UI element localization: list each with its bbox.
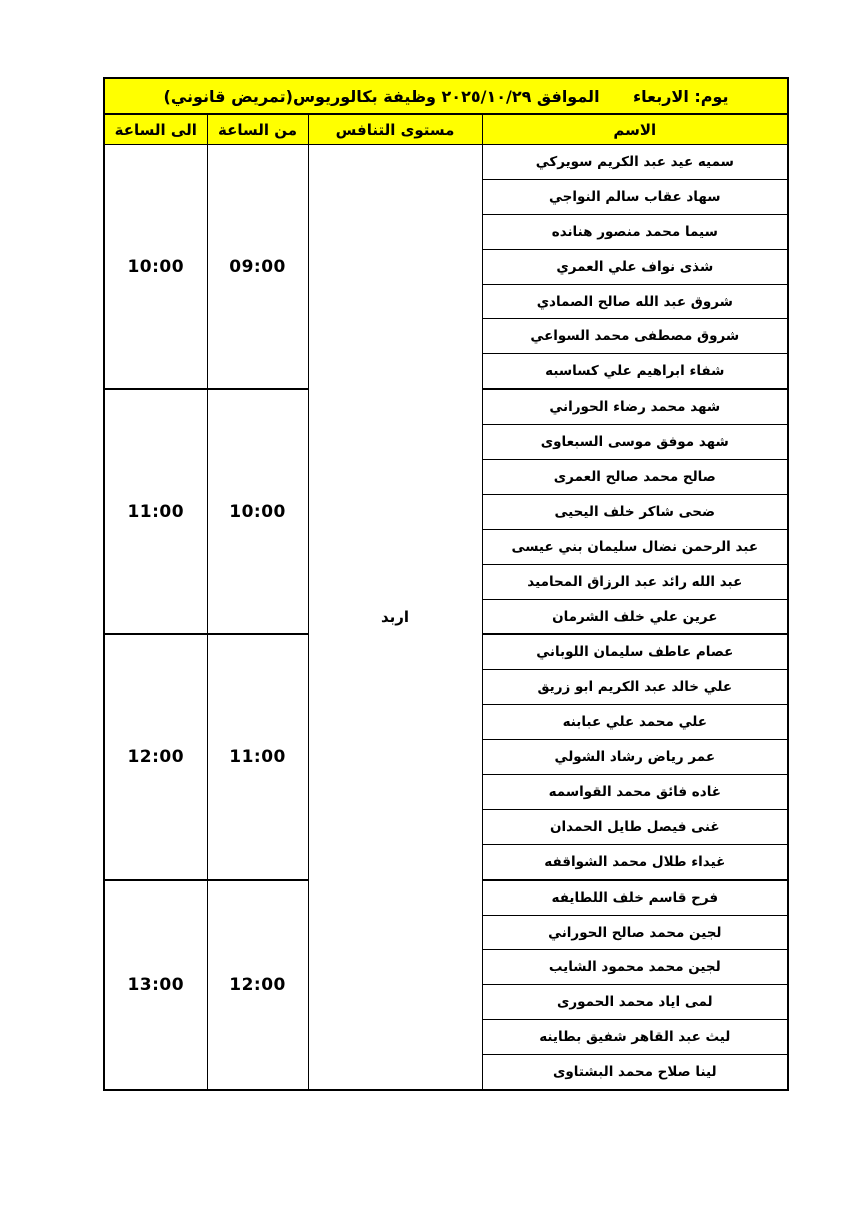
name-cell: علي خالد عبد الكريم ابو زريق bbox=[482, 670, 788, 705]
name-cell: غيداء طلال محمد الشواقفه bbox=[482, 844, 788, 879]
name-cell: علي محمد علي عبابنه bbox=[482, 705, 788, 740]
name-cell: سيما محمد منصور هنانده bbox=[482, 214, 788, 249]
table-row: سميه عيد عبد الكريم سويركي اربد 09:00 10… bbox=[104, 145, 788, 180]
name-cell: لجين محمد صالح الحوراني bbox=[482, 915, 788, 950]
competition-level-cell: اربد bbox=[308, 145, 482, 1091]
name-cell: سهاد عقاب سالم النواجي bbox=[482, 179, 788, 214]
name-cell: شفاء ابراهيم علي كساسبه bbox=[482, 354, 788, 389]
from-hour-cell: 12:00 bbox=[207, 880, 308, 1090]
to-hour-cell: 12:00 bbox=[104, 634, 207, 879]
name-cell: لينا صلاح محمد البشتاوى bbox=[482, 1055, 788, 1090]
name-cell: عبد الرحمن نضال سليمان بني عيسى bbox=[482, 529, 788, 564]
name-cell: عبد الله رائد عبد الرزاق المحاميد bbox=[482, 564, 788, 599]
column-header-competition-level: مستوى التنافس bbox=[308, 114, 482, 145]
to-hour-cell: 10:00 bbox=[104, 145, 207, 390]
column-header-from-hour: من الساعة bbox=[207, 114, 308, 145]
name-cell: فرح قاسم خلف اللطايفه bbox=[482, 880, 788, 915]
to-hour-cell: 11:00 bbox=[104, 389, 207, 634]
schedule-table: يوم: الاربعاء الموافق ٢٠٢٥/١٠/٢٩ وظيفة ب… bbox=[103, 77, 789, 1091]
name-cell: ليث عبد القاهر شفيق بطاينه bbox=[482, 1020, 788, 1055]
name-cell: ضحى شاكر خلف اليحيى bbox=[482, 494, 788, 529]
name-cell: شهد موفق موسى السبعاوى bbox=[482, 425, 788, 460]
to-hour-cell: 13:00 bbox=[104, 880, 207, 1090]
name-cell: لجين محمد محمود الشايب bbox=[482, 950, 788, 985]
column-header-name: الاسم bbox=[482, 114, 788, 145]
name-cell: عمر رياض رشاد الشولي bbox=[482, 740, 788, 775]
name-cell: سميه عيد عبد الكريم سويركي bbox=[482, 145, 788, 180]
name-cell: شهد محمد رضاء الحوراني bbox=[482, 389, 788, 424]
name-cell: لمى اياد محمد الحمورى bbox=[482, 985, 788, 1020]
table-title: يوم: الاربعاء الموافق ٢٠٢٥/١٠/٢٩ وظيفة ب… bbox=[104, 78, 788, 114]
name-cell: غنى فيصل طايل الحمدان bbox=[482, 809, 788, 844]
name-cell: عرين علي خلف الشرمان bbox=[482, 599, 788, 634]
name-cell: شروق مصطفى محمد السواعي bbox=[482, 319, 788, 354]
from-hour-cell: 11:00 bbox=[207, 634, 308, 879]
name-cell: شذى نواف علي العمري bbox=[482, 249, 788, 284]
document-page: يوم: الاربعاء الموافق ٢٠٢٥/١٠/٢٩ وظيفة ب… bbox=[0, 0, 850, 1210]
column-header-to-hour: الى الساعة bbox=[104, 114, 207, 145]
name-cell: غاده فائق محمد القواسمه bbox=[482, 775, 788, 810]
name-cell: صالح محمد صالح العمرى bbox=[482, 460, 788, 495]
from-hour-cell: 09:00 bbox=[207, 145, 308, 390]
name-cell: شروق عبد الله صالح الصمادي bbox=[482, 284, 788, 319]
name-cell: عصام عاطف سليمان اللوباني bbox=[482, 634, 788, 669]
from-hour-cell: 10:00 bbox=[207, 389, 308, 634]
